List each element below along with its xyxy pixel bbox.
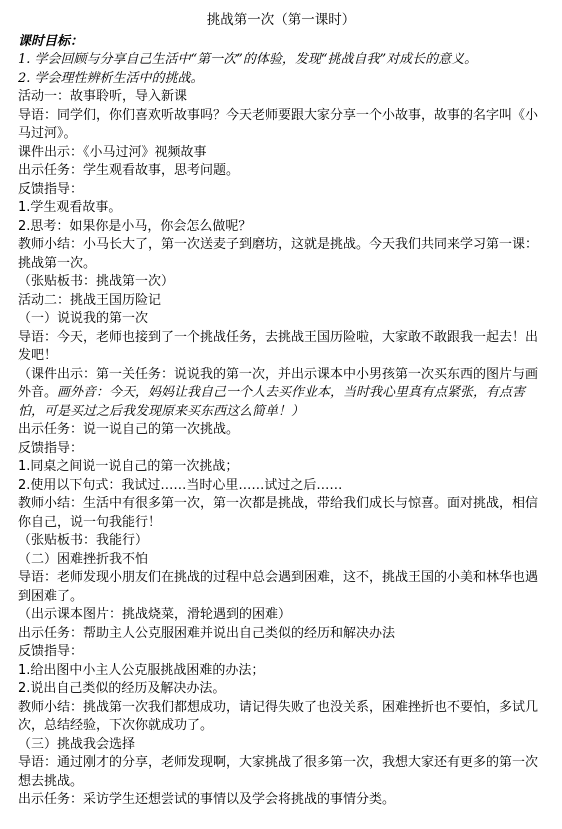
paragraph: 课时目标： (18, 33, 544, 52)
paragraph: 出示任务：说一说自己的第一次挑战。 (18, 421, 544, 440)
document-title: 挑战第一次（第一课时） (18, 11, 544, 30)
paragraph: 2. 学会理性辨析生活中的挑战。 (18, 70, 544, 89)
paragraph: 活动一：故事聆听，导入新课 (18, 88, 544, 107)
text-run: 反馈指导： (18, 441, 83, 456)
text-run: 课时目标： (18, 34, 83, 49)
text-run: 教师小结：生活中有很多第一次，第一次都是挑战，带给我们成长与惊喜。面对挑战，相信… (18, 496, 538, 530)
text-run: 画外音：今天，妈妈让我自己一个人去买作业本，当时我心里真有点紧张，有点害怕，可是… (18, 385, 525, 419)
text-run: 2. 学会理性辨析生活中的挑战。 (18, 71, 204, 86)
document-page: 挑战第一次（第一课时） 课时目标：1. 学会回顾与分享自己生活中“第一次”的体验… (0, 0, 562, 829)
paragraph: 反馈指导： (18, 181, 544, 200)
paragraph: （张贴板书：我能行） (18, 532, 544, 551)
text-run: 导语：同学们，你们喜欢听故事吗？今天老师要跟大家分享一个小故事，故事的名字叫《小… (18, 108, 538, 142)
text-run: 1.给出图中小主人公克服挑战困难的办法； (18, 663, 264, 678)
text-run: （二）困难挫折我不怕 (18, 552, 148, 567)
paragraph: （二）困难挫折我不怕 (18, 551, 544, 570)
text-run: 2.思考：如果你是小马，你会怎么做呢？ (18, 219, 251, 234)
paragraph: 2.思考：如果你是小马，你会怎么做呢？ (18, 218, 544, 237)
text-run: 导语：老师发现小朋友们在挑战的过程中总会遇到困难，这不，挑战王国的小美和林华也遇… (18, 570, 538, 604)
text-run: （出示课本图片：挑战烧菜，滑轮遇到的困难） (18, 607, 291, 622)
paragraph: 出示任务：学生观看故事，思考问题。 (18, 162, 544, 181)
text-run: 2.使用以下句式：我试过……当时心里……试过之后…… (18, 478, 342, 493)
paragraph: （张贴板书：挑战第一次） (18, 273, 544, 292)
paragraph: 教师小结：挑战第一次我们都想成功，请记得失败了也没关系，困难挫折也不要怕，多试几… (18, 699, 544, 736)
paragraph: 1.给出图中小主人公克服挑战困难的办法； (18, 662, 544, 681)
paragraph: （课件出示：第一关任务：说说我的第一次，并出示课本中小男孩第一次买东西的图片与画… (18, 366, 544, 422)
paragraph: 出示任务：采访学生还想尝试的事情以及学会将挑战的事情分类。 (18, 791, 544, 810)
text-run: 活动二：挑战王国历险记 (18, 293, 161, 308)
paragraph: 反馈指导： (18, 440, 544, 459)
text-run: （一）说说我的第一次 (18, 311, 148, 326)
paragraph: 导语：通过刚才的分享，老师发现啊，大家挑战了很多第一次，我想大家还有更多的第一次… (18, 754, 544, 791)
text-run: （张贴板书：我能行） (18, 533, 148, 548)
text-run: 反馈指导： (18, 182, 83, 197)
text-run: 1.学生观看故事。 (18, 200, 121, 215)
paragraph: 2.说出自己类似的经历及解决办法。 (18, 680, 544, 699)
text-run: 教师小结：挑战第一次我们都想成功，请记得失败了也没关系，困难挫折也不要怕，多试几… (18, 700, 538, 734)
paragraph: （一）说说我的第一次 (18, 310, 544, 329)
paragraph: 1.学生观看故事。 (18, 199, 544, 218)
paragraph: （出示课本图片：挑战烧菜，滑轮遇到的困难） (18, 606, 544, 625)
text-run: 导语：今天，老师也接到了一个挑战任务，去挑战王国历险啦，大家敢不敢跟我一起去！出… (18, 330, 538, 364)
text-run: （张贴板书：挑战第一次） (18, 274, 174, 289)
text-run: 出示任务：帮助主人公克服困难并说出自己类似的经历和解决办法 (18, 626, 395, 641)
document-body: 课时目标：1. 学会回顾与分享自己生活中“第一次”的体验，发现“挑战自我”对成长… (18, 33, 544, 810)
paragraph: 导语：老师发现小朋友们在挑战的过程中总会遇到困难，这不，挑战王国的小美和林华也遇… (18, 569, 544, 606)
text-run: 反馈指导： (18, 644, 83, 659)
paragraph: 导语：同学们，你们喜欢听故事吗？今天老师要跟大家分享一个小故事，故事的名字叫《小… (18, 107, 544, 144)
paragraph: 教师小结：小马长大了，第一次送麦子到磨坊，这就是挑战。今天我们共同来学习第一课：… (18, 236, 544, 273)
paragraph: 出示任务：帮助主人公克服困难并说出自己类似的经历和解决办法 (18, 625, 544, 644)
paragraph: 反馈指导： (18, 643, 544, 662)
text-run: 活动一：故事聆听，导入新课 (18, 89, 187, 104)
paragraph: 1.同桌之间说一说自己的第一次挑战； (18, 458, 544, 477)
paragraph: 课件出示：《小马过河》视频故事 (18, 144, 544, 163)
paragraph: （三）挑战我会选择 (18, 736, 544, 755)
text-run: 出示任务：说一说自己的第一次挑战。 (18, 422, 239, 437)
text-run: 1.同桌之间说一说自己的第一次挑战； (18, 459, 238, 474)
paragraph: 1. 学会回顾与分享自己生活中“第一次”的体验，发现“挑战自我”对成长的意义。 (18, 51, 544, 70)
text-run: 教师小结：小马长大了，第一次送麦子到磨坊，这就是挑战。今天我们共同来学习第一课：… (18, 237, 538, 271)
text-run: 1. 学会回顾与分享自己生活中“第一次”的体验，发现“挑战自我”对成长的意义。 (18, 52, 477, 67)
paragraph: 2.使用以下句式：我试过……当时心里……试过之后…… (18, 477, 544, 496)
paragraph: 导语：今天，老师也接到了一个挑战任务，去挑战王国历险啦，大家敢不敢跟我一起去！出… (18, 329, 544, 366)
paragraph: 教师小结：生活中有很多第一次，第一次都是挑战，带给我们成长与惊喜。面对挑战，相信… (18, 495, 544, 532)
text-run: （三）挑战我会选择 (18, 737, 135, 752)
text-run: 导语：通过刚才的分享，老师发现啊，大家挑战了很多第一次，我想大家还有更多的第一次… (18, 755, 538, 789)
text-run: 课件出示：《小马过河》视频故事 (18, 145, 207, 160)
text-run: 2.说出自己类似的经历及解决办法。 (18, 681, 225, 696)
text-run: 出示任务：学生观看故事，思考问题。 (18, 163, 239, 178)
text-run: 出示任务：采访学生还想尝试的事情以及学会将挑战的事情分类。 (18, 792, 395, 807)
paragraph: 活动二：挑战王国历险记 (18, 292, 544, 311)
